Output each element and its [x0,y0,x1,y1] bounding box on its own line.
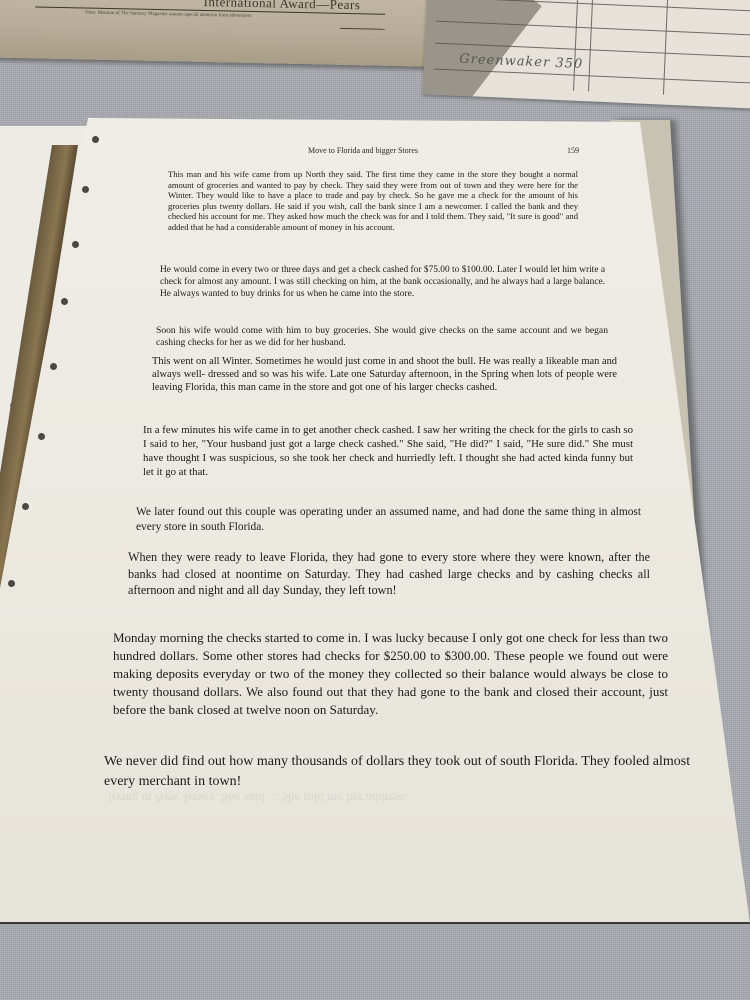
paragraph: Monday morning the checks started to com… [113,629,668,719]
punch-hole [61,298,68,305]
paragraph: In a few minutes his wife came in to get… [143,423,633,479]
ledger-column-line [663,0,668,95]
punch-hole [50,363,57,370]
old-document-note: Note: Mention of The Sanitary Magazine a… [85,10,251,18]
background-old-document: International Award—Pears Note: Mention … [0,0,431,67]
punch-hole [92,136,99,143]
ledger-column-line [588,0,593,91]
ledger-column-line [573,0,578,91]
paragraph: He would come in every two or three days… [160,265,605,300]
page-number: 159 [567,146,579,155]
paragraph: This went on all Winter. Sometimes he wo… [152,356,617,394]
paragraph: Soon his wife would come with him to buy… [156,325,608,349]
punch-hole [8,580,15,587]
running-header: Move to Florida and bigger Stores [308,146,418,155]
punch-hole [22,503,29,510]
bleed-through-text: living in New Jersey. She said ... She t… [108,790,408,806]
paragraph: When they were ready to leave Florida, t… [128,549,650,599]
background-ledger-sheet: Greenwaker 350 [423,0,750,110]
paragraph: We later found out this couple was opera… [136,505,641,535]
main-book-page: Move to Florida and bigger Stores 159 Th… [0,118,750,926]
page-bottom-edge [0,922,750,924]
punch-hole [38,433,45,440]
paragraph: This man and his wife came from up North… [168,169,578,233]
old-document-rule-short [340,28,385,30]
punch-hole [72,241,79,248]
punch-hole [82,186,89,193]
paragraph-closing: We never did find out how many thousands… [104,752,694,792]
